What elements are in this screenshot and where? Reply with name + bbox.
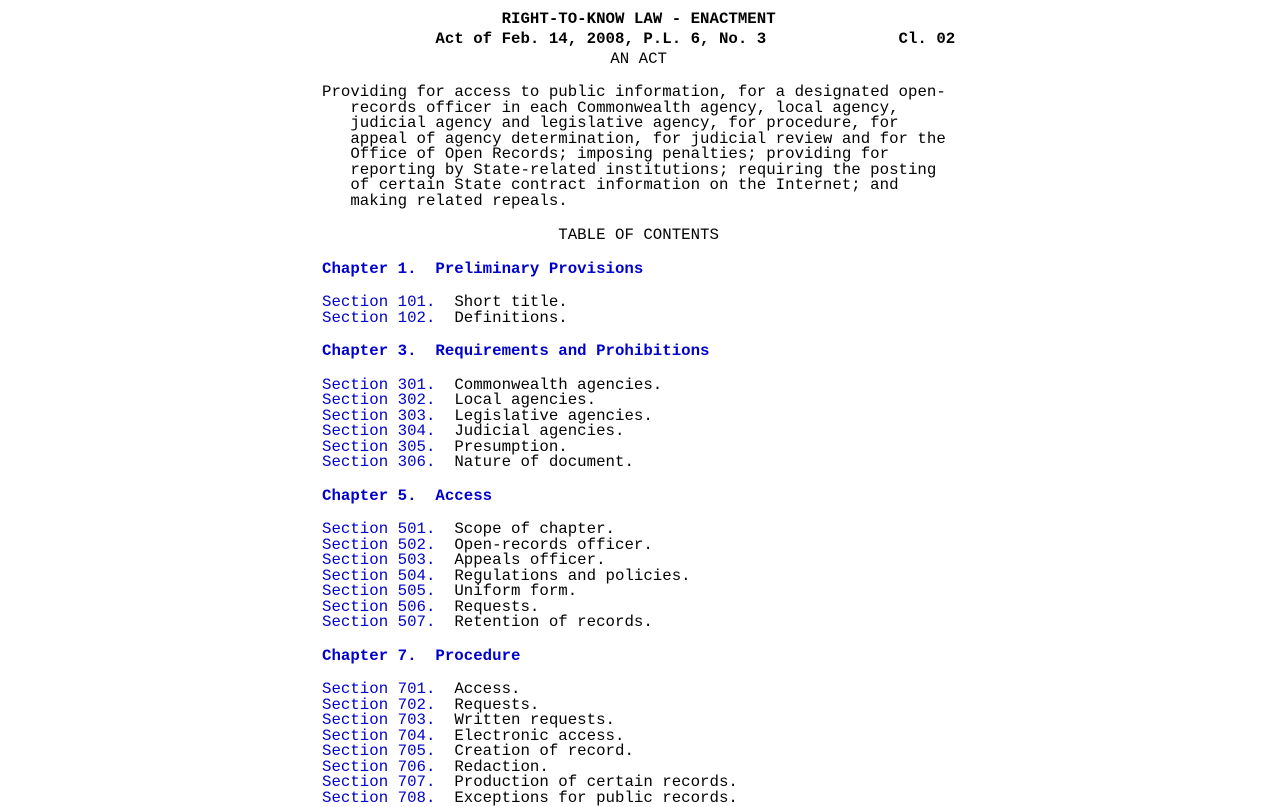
document-page: RIGHT-TO-KNOW LAW - ENACTMENT Act of Feb… xyxy=(322,0,955,800)
chapter-title-link[interactable]: Access xyxy=(435,487,492,505)
toc-section-row: Section 708.Exceptions for public record… xyxy=(322,791,955,801)
chapter-number-link[interactable]: Chapter 3. xyxy=(322,342,417,360)
act-citation: Act of Feb. 14, 2008, P.L. 6, No. 3 xyxy=(435,30,766,48)
section-number-link[interactable]: Section 102. xyxy=(322,309,435,327)
table-of-contents: Chapter 1.Preliminary Provisions Section… xyxy=(322,262,955,801)
section-number-link[interactable]: Section 306. xyxy=(322,453,435,471)
chapter-block: Chapter 5.Access Section 501.Scope of ch… xyxy=(322,489,955,631)
section-title: Nature of document. xyxy=(454,453,634,471)
chapter-heading: Chapter 7.Procedure xyxy=(322,649,955,665)
section-number-link[interactable]: Section 507. xyxy=(322,613,435,631)
section-number-link[interactable]: Section 708. xyxy=(322,789,435,801)
chapter-number-link[interactable]: Chapter 5. xyxy=(322,487,417,505)
an-act-heading: AN ACT xyxy=(322,49,955,69)
chapter-title-link[interactable]: Procedure xyxy=(435,647,520,665)
preamble-line: making related repeals. xyxy=(322,194,955,210)
chapter-heading: Chapter 1.Preliminary Provisions xyxy=(322,262,955,278)
chapter-number-link[interactable]: Chapter 1. xyxy=(322,260,417,278)
section-list: Section 301.Commonwealth agencies. Secti… xyxy=(322,378,955,471)
chapter-heading: Chapter 5.Access xyxy=(322,489,955,505)
section-list: Section 701.Access. Section 702.Requests… xyxy=(322,682,955,800)
chapter-block: Chapter 1.Preliminary Provisions Section… xyxy=(322,262,955,327)
chapter-title-link[interactable]: Preliminary Provisions xyxy=(435,260,643,278)
chapter-block: Chapter 7.Procedure Section 701.Access. … xyxy=(322,649,955,801)
chapter-title-link[interactable]: Requirements and Prohibitions xyxy=(435,342,709,360)
page-title: RIGHT-TO-KNOW LAW - ENACTMENT xyxy=(322,9,955,29)
toc-heading: TABLE OF CONTENTS xyxy=(322,228,955,244)
class-number: Cl. 02 xyxy=(899,29,956,49)
section-title: Retention of records. xyxy=(454,613,652,631)
toc-section-row: Section 507.Retention of records. xyxy=(322,615,955,631)
section-list: Section 501.Scope of chapter. Section 50… xyxy=(322,522,955,631)
toc-section-row: Section 102.Definitions. xyxy=(322,311,955,327)
preamble-paragraph: Providing for access to public informati… xyxy=(322,85,955,209)
section-title: Exceptions for public records. xyxy=(454,789,738,801)
section-title: Definitions. xyxy=(454,309,567,327)
document-header: RIGHT-TO-KNOW LAW - ENACTMENT Act of Feb… xyxy=(322,9,955,69)
act-citation-line: Act of Feb. 14, 2008, P.L. 6, No. 3Cl. 0… xyxy=(322,29,955,49)
chapter-number-link[interactable]: Chapter 7. xyxy=(322,647,417,665)
section-list: Section 101.Short title. Section 102.Def… xyxy=(322,295,955,326)
toc-section-row: Section 306.Nature of document. xyxy=(322,455,955,471)
chapter-block: Chapter 3.Requirements and Prohibitions … xyxy=(322,344,955,471)
chapter-heading: Chapter 3.Requirements and Prohibitions xyxy=(322,344,955,360)
